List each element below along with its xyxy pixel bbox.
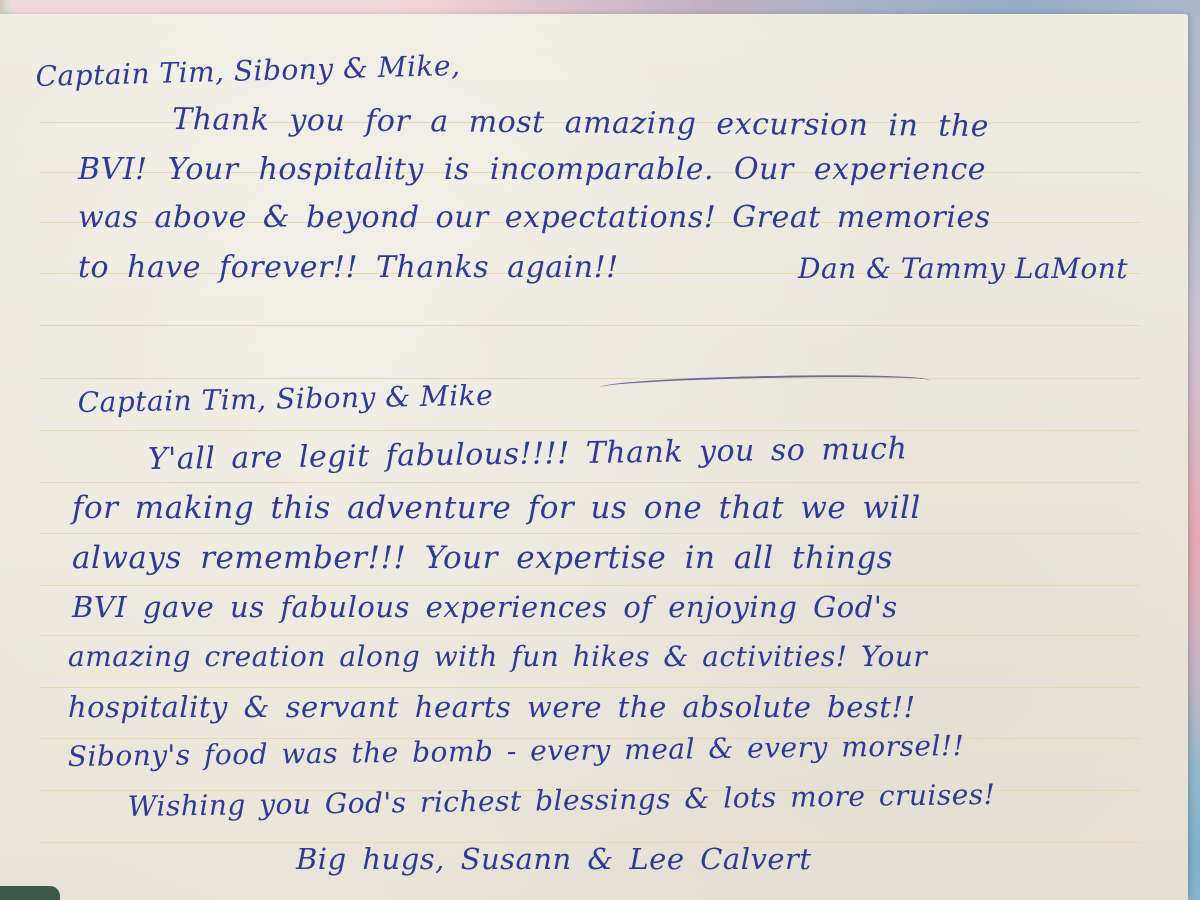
ruled-line: [40, 325, 1140, 326]
notebook-corner: [0, 886, 60, 900]
entry-line: to have forever!! Thanks again!!: [78, 250, 619, 285]
entry-salutation: Captain Tim, Sibony & Mike,: [35, 49, 461, 93]
entry-signature: Dan & Tammy LaMont: [798, 252, 1128, 285]
entry-signature: Big hugs, Susann & Lee Calvert: [296, 842, 812, 876]
entry-line: hospitality & servant hearts were the ab…: [68, 690, 916, 724]
entry-salutation: Captain Tim, Sibony & Mike: [77, 379, 493, 419]
entry-line: amazing creation along with fun hikes & …: [68, 640, 927, 673]
underline-flourish: [600, 373, 930, 396]
guestbook-page: Captain Tim, Sibony & Mike, Thank you fo…: [0, 14, 1188, 900]
entry-line: Thank you for a most amazing excursion i…: [172, 102, 989, 144]
ruled-line: [40, 585, 1140, 586]
entry-line: BVI gave us fabulous experiences of enjo…: [72, 590, 898, 624]
ruled-line: [40, 482, 1140, 483]
entry-line: Y'all are legit fabulous!!!! Thank you s…: [148, 431, 908, 477]
ruled-line: [40, 533, 1140, 534]
ruled-line: [40, 635, 1140, 636]
ruled-line: [40, 430, 1140, 431]
entry-line: Sibony's food was the bomb - every meal …: [68, 729, 965, 773]
entry-line: for making this adventure for us one tha…: [72, 490, 921, 526]
entry-line: Wishing you God's richest blessings & lo…: [128, 778, 996, 823]
entry-line: was above & beyond our expectations! Gre…: [78, 200, 991, 235]
ruled-line: [40, 378, 1140, 379]
entry-line: BVI! Your hospitality is incomparable. O…: [78, 152, 986, 187]
ruled-line: [40, 687, 1140, 688]
entry-line: always remember!!! Your expertise in all…: [72, 540, 893, 576]
